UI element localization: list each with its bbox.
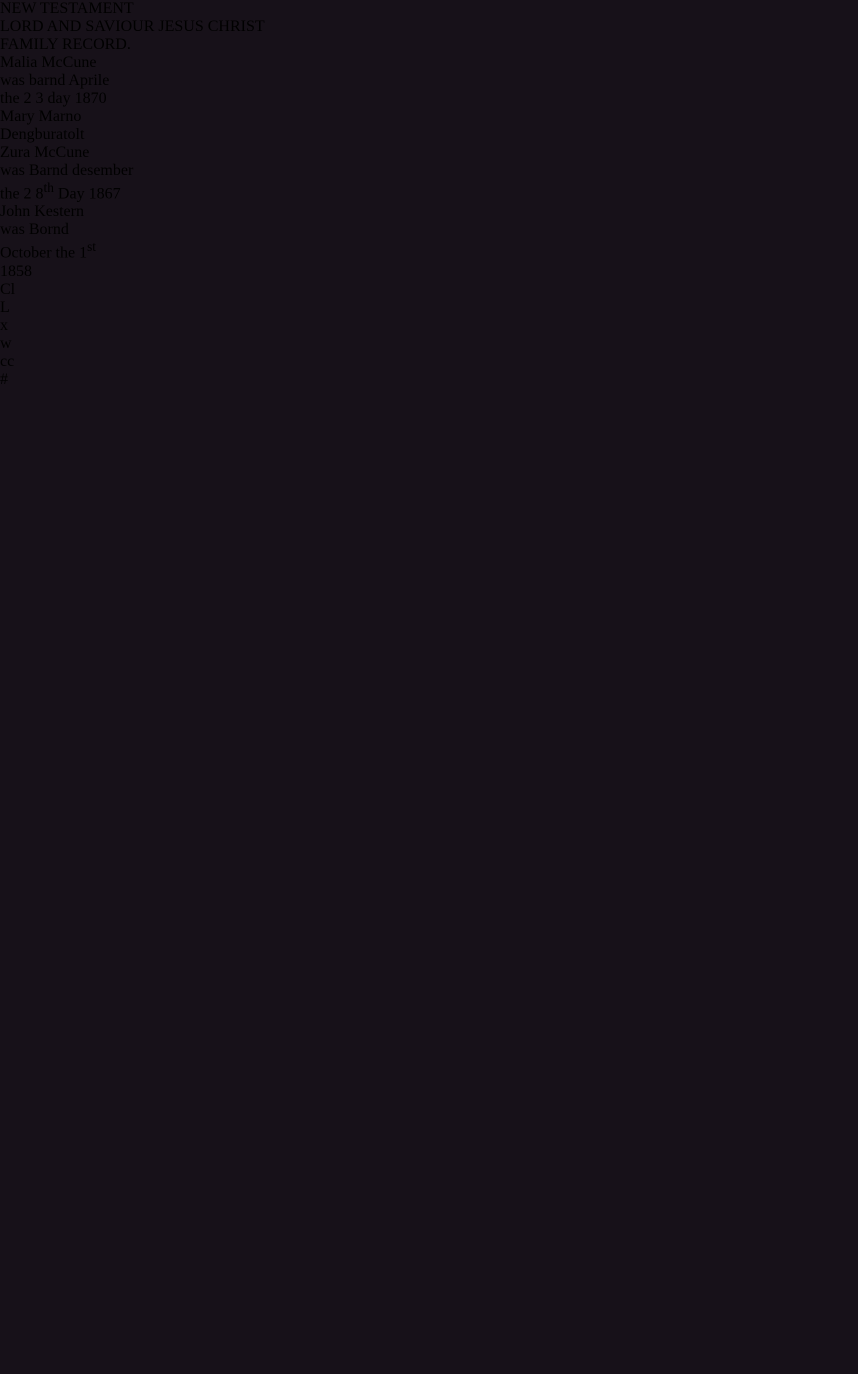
scanned-family-record-page: NEW TESTAMENT LORD AND SAVIOUR JESUS CHR…	[0, 0, 858, 1374]
book-cover-background	[0, 0, 858, 1374]
